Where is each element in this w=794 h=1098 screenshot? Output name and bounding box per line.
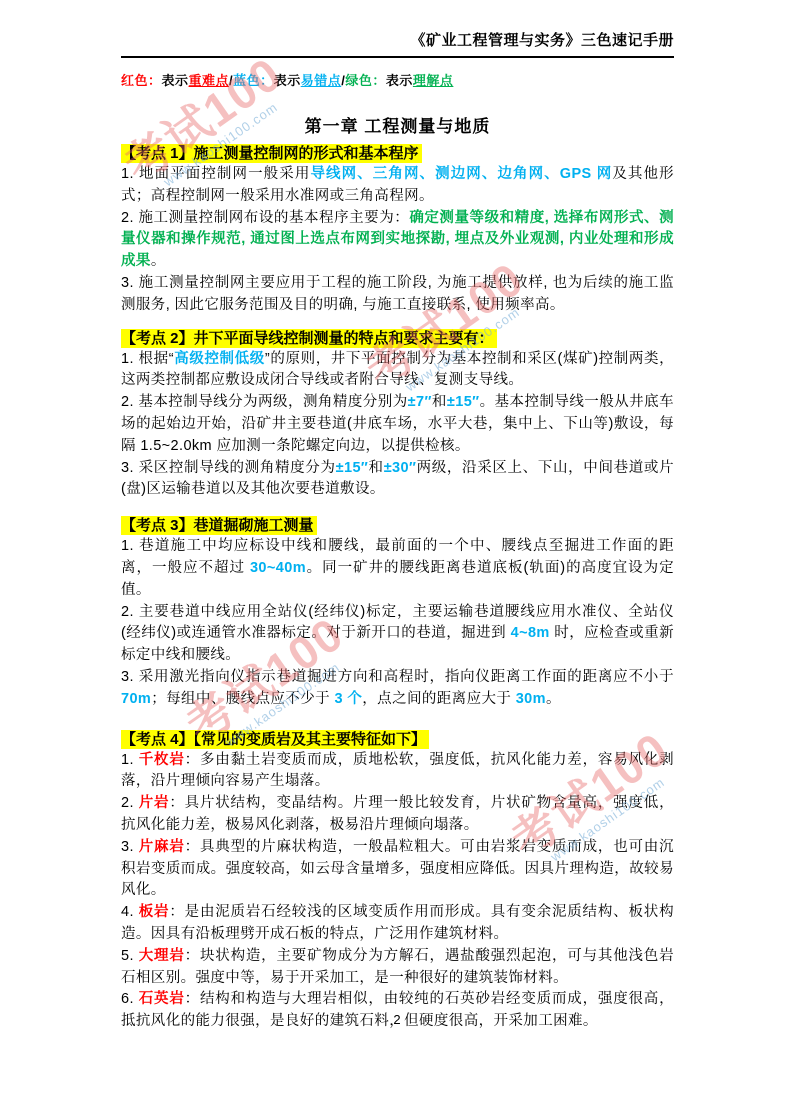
content-paragraph: 1. 千枚岩：多由黏土岩变质而成，质地松软，强度低，抗风化能力差，容易风化剥落，… <box>121 750 674 794</box>
text-segment: ：具片状结构，变晶结构。片理一般比较发育，片状矿物含量高，强度低，抗风化能力差，… <box>121 795 674 833</box>
text-segment: 3. 采用激光指向仪指示巷道掘进方向和高程时，指向仪距离工作面的距离应不小于 <box>121 669 674 685</box>
text-segment: 红色： <box>121 73 162 88</box>
text-segment: 表示 <box>274 73 301 88</box>
text-segment: 理解点 <box>413 73 454 88</box>
exam-point-heading: 【考点 3】巷道掘砌施工测量 <box>121 515 674 536</box>
text-segment: 30m <box>516 691 546 707</box>
content-paragraph: 4. 板岩：是由泥质岩石经较浅的区域变质作用而形成。具有变余泥质结构、板状构造。… <box>121 902 674 946</box>
text-segment: 片岩 <box>139 795 170 811</box>
content-paragraph: 3. 采区控制导线的测角精度分为±15″和±30″两级，沿采区上、下山，中间巷道… <box>121 458 674 502</box>
exam-point-section: 【考点 4】【常见的变质岩及其主要特征如下】1. 千枚岩：多由黏土岩变质而成，质… <box>121 729 674 1033</box>
content-paragraph: 1. 根据“高级控制低级”的原则，井下平面控制分为基本控制和采区(煤矿)控制两类… <box>121 349 674 393</box>
text-segment: ±15″ <box>447 394 480 410</box>
text-segment: 6. <box>121 991 139 1007</box>
text-segment: ，点之间的距离应大于 <box>362 691 515 707</box>
text-segment: 重难点 <box>189 73 230 88</box>
text-segment: 导线网、三角网、测边网、边角网、GPS 网 <box>310 166 612 182</box>
text-segment: 4~8m <box>511 625 550 641</box>
text-segment: 1. <box>121 752 139 768</box>
exam-point-heading: 【考点 2】井下平面导线控制测量的特点和要求主要有： <box>121 328 674 349</box>
highlighted-heading-text: 【考点 3】巷道掘砌施工测量 <box>121 516 317 535</box>
text-segment: 石英岩 <box>139 991 185 1007</box>
page-content: 《矿业工程管理与实务》三色速记手册 红色：表示重难点/蓝色：表示易错点/绿色：表… <box>0 0 794 1033</box>
text-segment: 3. 采区控制导线的测角精度分为 <box>121 460 336 476</box>
text-segment: 1. 根据“ <box>121 351 174 367</box>
text-segment: 绿色： <box>345 73 386 88</box>
text-segment: 30~40m <box>250 560 306 576</box>
content-paragraph: 1. 地面平面控制网一般采用导线网、三角网、测边网、边角网、GPS 网及其他形式… <box>121 164 674 208</box>
text-segment: 易错点 <box>301 73 342 88</box>
text-segment: 3. <box>121 839 139 855</box>
content-paragraph: 3. 采用激光指向仪指示巷道掘进方向和高程时，指向仪距离工作面的距离应不小于 7… <box>121 667 674 711</box>
text-segment: 蓝色： <box>233 73 274 88</box>
text-segment: ：多由黏土岩变质而成，质地松软，强度低，抗风化能力差，容易风化剥落，沿片理倾向容… <box>121 752 674 790</box>
text-segment: ：具典型的片麻状构造，一般晶粒粗大。可由岩浆岩变质而成，也可由沉积岩变质而成。强… <box>121 839 674 899</box>
text-segment: 3 个 <box>334 691 362 707</box>
content-paragraph: 3. 施工测量控制网主要应用于工程的施工阶段, 为施工提供放样, 也为后续的施工… <box>121 273 674 317</box>
content-paragraph: 1. 巷道施工中均应标设中线和腰线，最前面的一个中、腰线点至掘进工作面的距离，一… <box>121 536 674 601</box>
text-segment: 。 <box>151 253 166 269</box>
exam-point-heading: 【考点 4】【常见的变质岩及其主要特征如下】 <box>121 729 674 750</box>
content-paragraph: 2. 主要巷道中线应用全站仪(经纬仪)标定，主要运输巷道腰线应用水准仪、全站仪(… <box>121 602 674 667</box>
text-segment: 千枚岩 <box>139 752 185 768</box>
text-segment: 2. 施工测量控制网布设的基本程序主要为： <box>121 210 409 226</box>
highlighted-heading-text: 【考点 2】井下平面导线控制测量的特点和要求主要有： <box>121 329 497 348</box>
text-segment: ±30″ <box>384 460 417 476</box>
content-paragraph: 2. 施工测量控制网布设的基本程序主要为：确定测量等级和精度, 选择布网形式、测… <box>121 208 674 273</box>
text-segment: 5. <box>121 948 139 964</box>
text-segment: 大理岩 <box>139 948 185 964</box>
highlighted-heading-text: 【考点 4】【常见的变质岩及其主要特征如下】 <box>121 730 429 749</box>
document-title: 《矿业工程管理与实务》三色速记手册 <box>121 32 674 58</box>
text-segment: ±15″ <box>336 460 369 476</box>
content-paragraph: 2. 片岩：具片状结构，变晶结构。片理一般比较发育，片状矿物含量高，强度低，抗风… <box>121 793 674 837</box>
text-segment: ±7″ <box>408 394 432 410</box>
text-segment: 4. <box>121 904 139 920</box>
text-segment: 片麻岩 <box>139 839 185 855</box>
exam-point-section: 【考点 3】巷道掘砌施工测量1. 巷道施工中均应标设中线和腰线，最前面的一个中、… <box>121 515 674 710</box>
content-paragraph: 2. 基本控制导线分为两级，测角精度分别为±7″和±15″。基本控制导线一般从井… <box>121 392 674 457</box>
text-segment: ：块状构造，主要矿物成分为方解石，遇盐酸强烈起泡，可与其他浅色岩石相区别。强度中… <box>121 948 674 986</box>
highlighted-heading-text: 【考点 1】施工测量控制网的形式和基本程序 <box>121 144 422 163</box>
text-segment: 2. <box>121 795 139 811</box>
text-segment: 表示 <box>386 73 413 88</box>
exam-point-heading: 【考点 1】施工测量控制网的形式和基本程序 <box>121 143 674 164</box>
sections-container: 【考点 1】施工测量控制网的形式和基本程序1. 地面平面控制网一般采用导线网、三… <box>121 143 674 1033</box>
content-paragraph: 3. 片麻岩：具典型的片麻状构造，一般晶粒粗大。可由岩浆岩变质而成，也可由沉积岩… <box>121 837 674 902</box>
text-segment: ；每组中、腰线点应不少于 <box>151 691 334 707</box>
page-number: 2 <box>0 1012 794 1027</box>
text-segment: 和 <box>432 394 447 410</box>
text-segment: 3. 施工测量控制网主要应用于工程的施工阶段, 为施工提供放样, 也为后续的施工… <box>121 275 674 313</box>
chapter-title: 第一章 工程测量与地质 <box>121 114 674 140</box>
text-segment: 70m <box>121 691 151 707</box>
exam-point-section: 【考点 2】井下平面导线控制测量的特点和要求主要有：1. 根据“高级控制低级”的… <box>121 328 674 502</box>
text-segment: ：是由泥质岩石经较浅的区域变质作用而形成。具有变余泥质结构、板状构造。因具有沿板… <box>121 904 674 942</box>
content-paragraph: 5. 大理岩：块状构造，主要矿物成分为方解石，遇盐酸强烈起泡，可与其他浅色岩石相… <box>121 946 674 990</box>
text-segment: 。 <box>546 691 561 707</box>
text-segment: 高级控制低级 <box>174 351 265 367</box>
text-segment: 和 <box>368 460 383 476</box>
text-segment: 2. 基本控制导线分为两级，测角精度分别为 <box>121 394 408 410</box>
text-segment: 板岩 <box>139 904 170 920</box>
exam-point-section: 【考点 1】施工测量控制网的形式和基本程序1. 地面平面控制网一般采用导线网、三… <box>121 143 674 317</box>
text-segment: 1. 地面平面控制网一般采用 <box>121 166 310 182</box>
color-legend: 红色：表示重难点/蓝色：表示易错点/绿色：表示理解点 <box>121 72 674 90</box>
text-segment: 表示 <box>162 73 189 88</box>
document-page: 考试100 www.kaoshi100.com 考试100 www.kaoshi… <box>0 0 794 1098</box>
